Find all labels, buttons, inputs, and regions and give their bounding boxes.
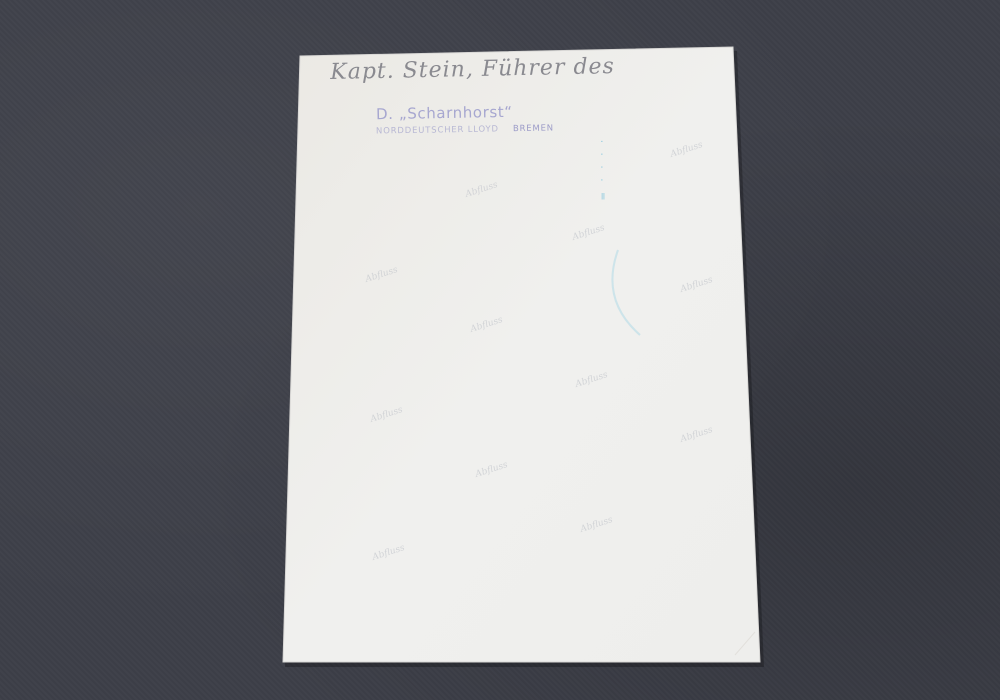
photo-back-paper — [0, 0, 1000, 700]
scene: Kapt. Stein, Führer des D. „Scharnhorst“… — [0, 0, 1000, 700]
